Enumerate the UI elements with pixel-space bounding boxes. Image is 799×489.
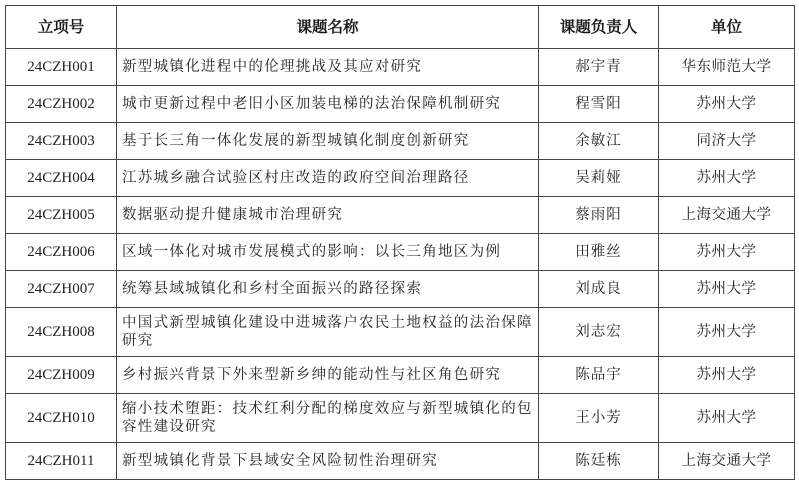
cell-unit: 同济大学 <box>659 123 795 160</box>
header-project-id: 立项号 <box>6 6 117 49</box>
cell-project-title: 区域一体化对城市发展模式的影响：以长三角地区为例 <box>117 234 539 271</box>
cell-unit: 苏州大学 <box>659 394 795 443</box>
cell-principal: 陈廷栋 <box>539 443 659 480</box>
cell-project-id: 24CZH007 <box>6 271 117 308</box>
table-row: 24CZH011 新型城镇化背景下县域安全风险韧性治理研究 陈廷栋 上海交通大学 <box>6 443 795 480</box>
cell-unit: 苏州大学 <box>659 160 795 197</box>
cell-principal: 吴莉娅 <box>539 160 659 197</box>
cell-project-id: 24CZH005 <box>6 197 117 234</box>
header-principal: 课题负责人 <box>539 6 659 49</box>
table-row: 24CZH006 区域一体化对城市发展模式的影响：以长三角地区为例 田雅丝 苏州… <box>6 234 795 271</box>
cell-project-title: 江苏城乡融合试验区村庄改造的政府空间治理路径 <box>117 160 539 197</box>
cell-unit: 上海交通大学 <box>659 197 795 234</box>
cell-unit: 上海交通大学 <box>659 443 795 480</box>
cell-principal: 田雅丝 <box>539 234 659 271</box>
cell-principal: 刘志宏 <box>539 308 659 357</box>
cell-project-title: 城市更新过程中老旧小区加装电梯的法治保障机制研究 <box>117 86 539 123</box>
cell-project-id: 24CZH008 <box>6 308 117 357</box>
table-row: 24CZH001 新型城镇化进程中的伦理挑战及其应对研究 郝宇青 华东师范大学 <box>6 49 795 86</box>
cell-project-id: 24CZH009 <box>6 357 117 394</box>
cell-unit: 苏州大学 <box>659 234 795 271</box>
table-header-row: 立项号 课题名称 课题负责人 单位 <box>6 6 795 49</box>
cell-project-id: 24CZH004 <box>6 160 117 197</box>
table-row: 24CZH007 统筹县域城镇化和乡村全面振兴的路径探索 刘成良 苏州大学 <box>6 271 795 308</box>
header-project-title: 课题名称 <box>117 6 539 49</box>
cell-principal: 陈品宇 <box>539 357 659 394</box>
cell-project-id: 24CZH002 <box>6 86 117 123</box>
cell-project-title: 新型城镇化背景下县域安全风险韧性治理研究 <box>117 443 539 480</box>
header-unit: 单位 <box>659 6 795 49</box>
cell-unit: 华东师范大学 <box>659 49 795 86</box>
project-table: 立项号 课题名称 课题负责人 单位 24CZH001 新型城镇化进程中的伦理挑战… <box>5 5 795 480</box>
cell-principal: 蔡雨阳 <box>539 197 659 234</box>
table-row: 24CZH004 江苏城乡融合试验区村庄改造的政府空间治理路径 吴莉娅 苏州大学 <box>6 160 795 197</box>
cell-project-title: 新型城镇化进程中的伦理挑战及其应对研究 <box>117 49 539 86</box>
cell-principal: 郝宇青 <box>539 49 659 86</box>
cell-principal: 王小芳 <box>539 394 659 443</box>
cell-unit: 苏州大学 <box>659 357 795 394</box>
cell-project-id: 24CZH006 <box>6 234 117 271</box>
cell-project-title: 基于长三角一体化发展的新型城镇化制度创新研究 <box>117 123 539 160</box>
cell-project-title: 数据驱动提升健康城市治理研究 <box>117 197 539 234</box>
cell-project-title: 中国式新型城镇化建设中进城落户农民土地权益的法治保障研究 <box>117 308 539 357</box>
table-row: 24CZH008 中国式新型城镇化建设中进城落户农民土地权益的法治保障研究 刘志… <box>6 308 795 357</box>
cell-principal: 程雪阳 <box>539 86 659 123</box>
cell-project-id: 24CZH010 <box>6 394 117 443</box>
cell-project-id: 24CZH011 <box>6 443 117 480</box>
cell-principal: 刘成良 <box>539 271 659 308</box>
cell-project-title: 统筹县域城镇化和乡村全面振兴的路径探索 <box>117 271 539 308</box>
cell-principal: 余敏江 <box>539 123 659 160</box>
table-row: 24CZH009 乡村振兴背景下外来型新乡绅的能动性与社区角色研究 陈品宇 苏州… <box>6 357 795 394</box>
table-row: 24CZH005 数据驱动提升健康城市治理研究 蔡雨阳 上海交通大学 <box>6 197 795 234</box>
cell-project-title: 乡村振兴背景下外来型新乡绅的能动性与社区角色研究 <box>117 357 539 394</box>
cell-project-title: 缩小技术堕距：技术红利分配的梯度效应与新型城镇化的包容性建设研究 <box>117 394 539 443</box>
table-row: 24CZH002 城市更新过程中老旧小区加装电梯的法治保障机制研究 程雪阳 苏州… <box>6 86 795 123</box>
cell-unit: 苏州大学 <box>659 271 795 308</box>
cell-unit: 苏州大学 <box>659 308 795 357</box>
table-row: 24CZH010 缩小技术堕距：技术红利分配的梯度效应与新型城镇化的包容性建设研… <box>6 394 795 443</box>
cell-unit: 苏州大学 <box>659 86 795 123</box>
table-row: 24CZH003 基于长三角一体化发展的新型城镇化制度创新研究 余敏江 同济大学 <box>6 123 795 160</box>
cell-project-id: 24CZH001 <box>6 49 117 86</box>
cell-project-id: 24CZH003 <box>6 123 117 160</box>
